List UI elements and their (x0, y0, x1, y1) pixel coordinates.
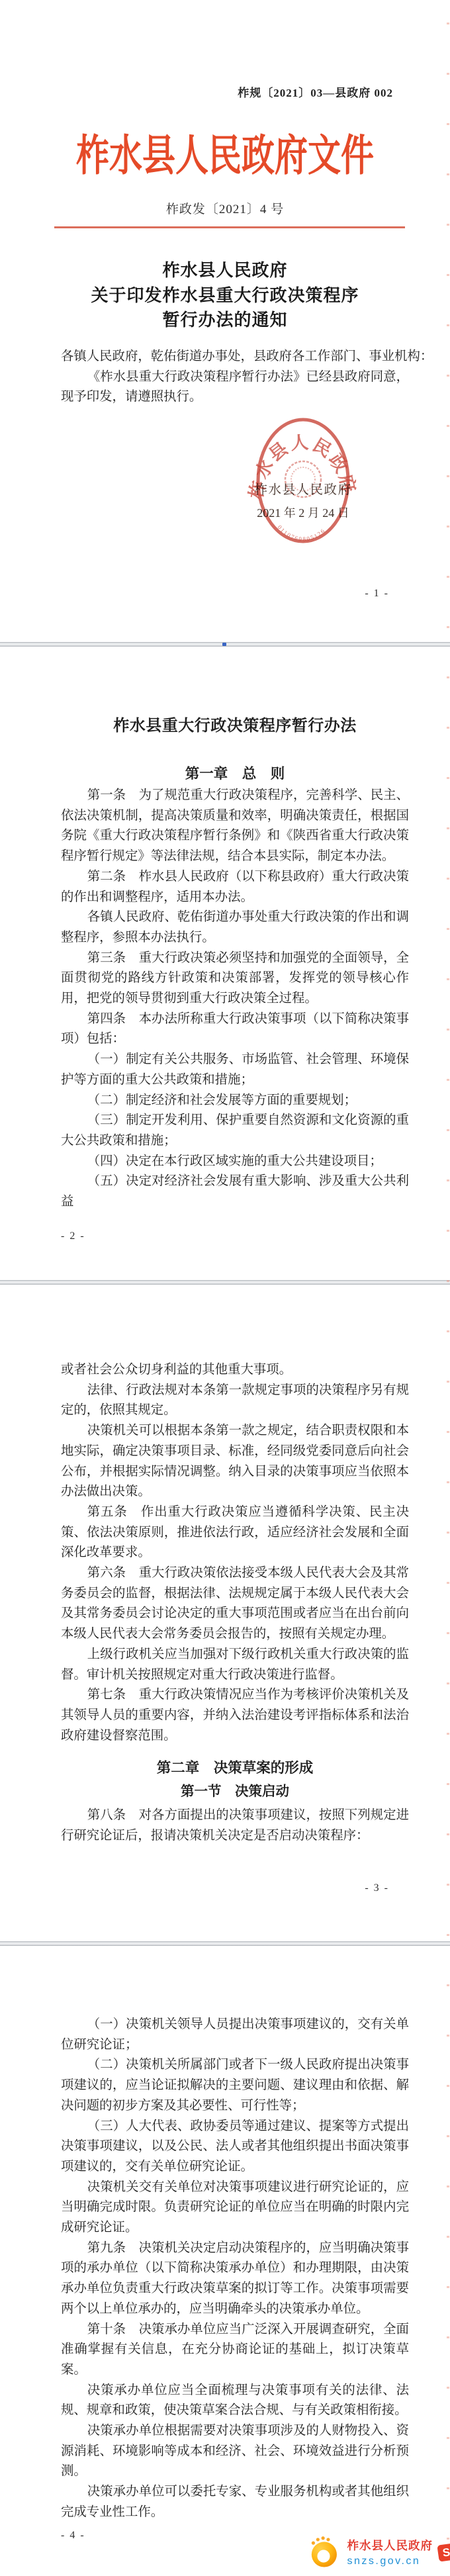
paragraph: （四）决定在本行政区域实施的重大公共建设项目； (61, 1152, 409, 1172)
footprint-icon (306, 2535, 341, 2569)
notice-title-line-1: 柞水县人民政府 (0, 258, 450, 283)
official-seal: 柞水县人民政府 0110760805126 (245, 413, 361, 548)
page-number: - 2 - (61, 1230, 85, 1242)
site-url: snzs.gov.cn (347, 2555, 433, 2567)
paragraph: （三）人大代表、政协委员等通过建议、提案等方式提出决策事项建议，以及公民、法人或… (61, 2117, 409, 2178)
document-title: 柞水县重大行政决策程序暂行办法 (61, 714, 409, 738)
page-number: - 1 - (365, 588, 389, 600)
paragraph: 上级行政机关应当加强对下级行政机关重大行政决策的监督。审计机关按照规定对重大行政… (61, 1645, 409, 1685)
paragraph: （三）制定开发利用、保护重要自然资源和文化资源的重大公共政策和措施； (61, 1111, 409, 1151)
paragraph: 决策承办单位应当全面梳理与决策事项有关的法律、法规、规章和政策，使决策草案合法合… (61, 2381, 409, 2421)
paragraph: 第六条 重大行政决策依法接受本级人民代表大会及其常务委员会的监督，根据法律、法规… (61, 1563, 409, 1645)
paragraph: 决策机关交有关单位对决策事项建议进行研究论证的，应当明确完成时限。负责研究论证的… (61, 2178, 409, 2238)
notice-title: 柞水县人民政府 关于印发柞水县重大行政决策程序 暂行办法的通知 (0, 258, 450, 333)
seal-ring-text: 柞水县人民政府 (246, 432, 360, 500)
paragraph: 决策机关可以根据本条第一款之规定，结合职责权限和本地实际，确定决策事项目录、标准… (61, 1421, 409, 1502)
separator-handle-dot (222, 643, 226, 646)
paragraph: 第一条 为了规范重大行政决策程序，完善科学、民主、依法决策机制，提高决策质量和效… (61, 786, 409, 867)
salutation: 各镇人民政府，乾佑街道办事处，县政府各工作部门、事业机构： (61, 347, 409, 367)
document-page-2: 柞水县重大行政决策程序暂行办法第一章 总 则第一条 为了规范重大行政决策程序，完… (0, 647, 450, 1280)
seal-code: 0110760805126 (277, 524, 327, 542)
paragraph: 或者社会公众切身利益的其他重大事项。 (61, 1360, 409, 1381)
svg-text:柞水县人民政府: 柞水县人民政府 (246, 432, 360, 500)
chapter-heading: 第二章 决策草案的形成 (61, 1757, 409, 1779)
paragraph: 第四条 本办法所称重大行政决策事项（以下简称决策事项）包括： (61, 1009, 409, 1050)
share-badge-icon: S (437, 2543, 450, 2561)
page-number: - 3 - (365, 1882, 389, 1894)
masthead-title: 柞水县人民政府文件 (0, 121, 450, 183)
document-page-4: （一）决策机关领导人员提出决策事项建议的，交有关单位研究论证；（二）决策机关所属… (0, 1946, 450, 2576)
paragraph: 第三条 重大行政决策必须坚持和加强党的全面领导，全面贯彻党的路线方针政策和决策部… (61, 948, 409, 1009)
paragraph: 各镇人民政府、乾佑街道办事处重大行政决策的作出和调整程序，参照本办法执行。 (61, 907, 409, 948)
notice-title-line-2: 关于印发柞水县重大行政决策程序 (0, 283, 450, 308)
paragraph: 第八条 对各方面提出的决策事项建议，按照下列规定进行研究论证后，报请决策机关决定… (61, 1806, 409, 1846)
site-watermark: 柞水县人民政府 snzs.gov.cn S (302, 2532, 450, 2572)
document-number: 柞政发〔2021〕4 号 (0, 199, 450, 217)
notice-title-line-3: 暂行办法的通知 (0, 308, 450, 333)
paragraph: 第二条 柞水县人民政府（以下称县政府）重大行政决策的作出和调整程序，适用本办法。 (61, 867, 409, 907)
regulation-body: （一）决策机关领导人员提出决策事项建议的，交有关单位研究论证；（二）决策机关所属… (61, 2015, 409, 2523)
paragraph: （五）决定对经济社会发展有重大影响、涉及重大公共利益 (61, 1172, 409, 1212)
site-watermark-text: 柞水县人民政府 snzs.gov.cn (347, 2537, 433, 2567)
paragraph: 决策承办单位根据需要对决策事项涉及的人财物投入、资源消耗、环境影响等成本和经济、… (61, 2421, 409, 2482)
scanned-document-view: 柞规〔2021〕03—县政府 002 柞水县人民政府文件 柞政发〔2021〕4 … (0, 0, 450, 2576)
paragraph: （一）决策机关领导人员提出决策事项建议的，交有关单位研究论证； (61, 2015, 409, 2055)
document-reference-number: 柞规〔2021〕03—县政府 002 (238, 83, 393, 100)
notice-paragraph: 《柞水县重大行政决策程序暂行办法》已经县政府同意，现予印发，请遵照执行。 (61, 367, 409, 408)
site-name: 柞水县人民政府 (347, 2537, 433, 2553)
svg-text:0110760805126: 0110760805126 (277, 524, 327, 542)
chapter-heading: 第一章 总 则 (61, 762, 409, 785)
paragraph: （二）制定经济和社会发展等方面的重要规划； (61, 1091, 409, 1111)
masthead-divider-line (54, 226, 405, 228)
paragraph: 法律、行政法规对本条第一款规定事项的决策程序另有规定的，依照其规定。 (61, 1381, 409, 1421)
page-number: - 4 - (61, 2530, 85, 2542)
regulation-body: 柞水县重大行政决策程序暂行办法第一章 总 则第一条 为了规范重大行政决策程序，完… (61, 714, 409, 1213)
paragraph: 第九条 决策机关决定启动决策程序的，应当明确决策事项的承办单位（以下简称决策承办… (61, 2238, 409, 2320)
regulation-body: 或者社会公众切身利益的其他重大事项。法律、行政法规对本条第一款规定事项的决策程序… (61, 1360, 409, 1847)
paragraph: （一）制定有关公共服务、市场监管、社会管理、环境保护等方面的重大公共政策和措施； (61, 1050, 409, 1090)
paragraph: 决策承办单位可以委托专家、专业服务机构或者其他组织完成专业性工作。 (61, 2482, 409, 2522)
paragraph: 第七条 重大行政决策情况应当作为考核评价决策机关及其领导人员的重要内容，并纳入法… (61, 1685, 409, 1746)
paragraph: 第五条 作出重大行政决策应当遵循科学决策、民主决策、依法决策原则，推进依法行政，… (61, 1502, 409, 1563)
notice-body: 各镇人民政府，乾佑街道办事处，县政府各工作部门、事业机构：《柞水县重大行政决策程… (61, 347, 409, 408)
paragraph: （二）决策机关所属部门或者下一级人民政府提出决策事项建议的，应当论证拟解决的主要… (61, 2055, 409, 2116)
paragraph: 第十条 决策承办单位应当广泛深入开展调查研究，全面准确掌握有关信息，在充分协商论… (61, 2320, 409, 2381)
page-separator (0, 1941, 450, 1946)
document-page-3: 或者社会公众切身利益的其他重大事项。法律、行政法规对本条第一款规定事项的决策程序… (0, 1285, 450, 1941)
section-heading: 第一节 决策启动 (61, 1780, 409, 1803)
document-page-1: 柞规〔2021〕03—县政府 002 柞水县人民政府文件 柞政发〔2021〕4 … (0, 0, 450, 642)
page-separator (0, 642, 450, 647)
page-separator (0, 1280, 450, 1285)
